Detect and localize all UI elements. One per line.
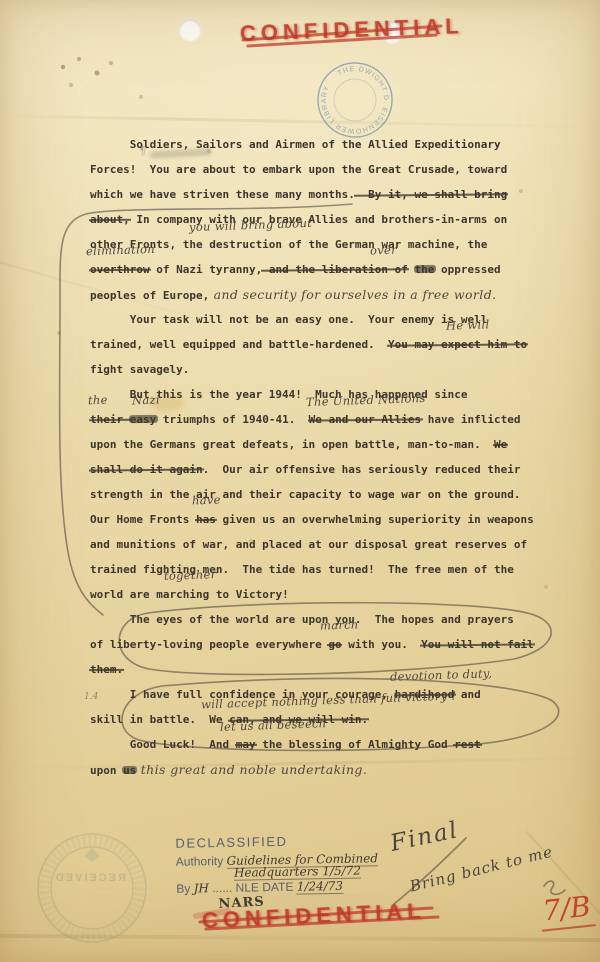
typed-text: the blessing of Almighty God [256,738,455,751]
typed-text: their the [90,413,130,426]
typed-text: upon the Germans great defeats, in open … [90,438,494,451]
typed-line: Good Luck! And maylet us all beseech the… [90,732,560,757]
typed-line: peoples of Europe, and security for ours… [90,282,560,307]
typed-text: trained fighting men. The tide has turne… [90,563,514,576]
handwritten-insert: over [370,238,398,264]
typed-text: with you. [342,638,421,651]
typed-line: which we have striven these many months.… [90,182,560,207]
typed-text: The eyes of the world are upon you. The … [90,613,514,626]
handwritten-insert: have [192,488,222,514]
typed-text: overthrowelimination [90,263,150,276]
nle-date-label: NLE DATE [235,880,293,895]
handwritten-insert: the [88,388,109,414]
date-value: 1/24/73 [297,879,344,895]
typed-text: shall do it again [90,463,203,476]
typed-text: Good Luck! And [90,738,236,751]
typed-text: By it, we shall bring [355,188,507,201]
typed-text: easyNazi [130,413,157,426]
declassified-stamp: DECLASSIFIED Authority Guidelines for Co… [175,832,378,912]
typed-text: and [454,688,481,701]
typed-text: of liberty-loving people everywhere [90,638,328,651]
typed-text: hashave [196,513,216,526]
typed-line: Soldiers, Sailors and Airmen of the Alli… [90,132,560,157]
handwritten-insert: Nazi [132,388,161,414]
typed-text: the destruction of the German war machin… [176,238,487,251]
dotted-line: ...... [212,881,232,895]
red-grading-mark: 7/B [538,889,595,931]
by-label: By [176,882,190,896]
typed-text: to Victory! [209,588,288,601]
typed-line: upon the Germans great defeats, in open … [90,432,560,457]
declassified-title: DECLASSIFIED [175,832,377,851]
typed-text: of Nazi tyranny, [150,263,263,276]
typed-text: Our Home Fronts [90,513,196,526]
typed-text: upon [90,764,123,777]
typed-text: rest [454,738,481,751]
margin-number-note: 1.4 [84,692,98,702]
typed-text: Forces! ¶ [90,163,150,176]
typed-text: the [415,263,435,276]
typed-line: trained, well equipped and battle-harden… [90,332,560,357]
final-handwritten-note: Final [388,817,461,857]
typed-text: which we have striven these many months. [90,188,355,201]
authority-label: Authority [176,854,224,869]
typed-text: have inflicted [421,413,520,426]
typed-text: triumphs of 1940-41. [156,413,308,426]
typed-text: Your task will not be an easy one. Your … [90,313,487,326]
typed-line: Our Home Fronts hashave given us an over… [90,507,560,532]
typed-text: strength in the air and their capacity t… [90,488,520,501]
handwritten-insert: march [320,612,359,638]
typed-line: world are marchingtogether to Victory! [90,582,560,607]
scanned-document-page: CONFIDENTIAL CONFIDENTIAL Soldiers, Sail… [0,0,600,962]
nars-label: NARS [218,894,265,911]
typed-text: and munitions of war, and placed at our … [90,538,527,551]
typed-line: shall do it again. Our air offensive has… [90,457,560,482]
typed-line: strength in the air and their capacity t… [90,482,560,507]
confidential-stamp-top: CONFIDENTIAL [240,13,465,47]
received-stamp: RECEIVED [38,834,146,942]
by-initials: JH [194,881,210,895]
received-stamp-text: RECEIVED [54,872,126,884]
typed-text: and the liberation ofover [262,263,408,276]
handwritten-insert: elimination [86,237,156,264]
typed-line: fight savagely. [90,357,560,382]
typed-text: In company with our brave Allies and bro… [130,213,508,226]
handwritten-insert: together [163,562,216,589]
typed-text: world are marchingtogether [90,588,209,601]
handwritten-insert: He will [446,312,490,339]
typed-text: You will not fail [421,638,534,651]
typed-text: Soldiers, Sailors and Airmen of the Alli… [90,138,501,151]
typed-text: us [123,764,136,777]
punch-hole [179,19,201,41]
typed-text: peoples of Europe, [90,289,209,302]
typed-text: them. [90,663,123,676]
stamp-emblem [84,848,100,862]
typed-line: Forces! ¶You are about to embark upon th… [90,157,560,182]
typed-line: about, In company with our brave Allies … [90,207,560,232]
handwritten-insert: you will bring about [188,211,312,240]
typed-text-block: Soldiers, Sailors and Airmen of the Alli… [90,132,560,782]
paper-crease [0,934,600,942]
handwritten-insert: let us all beseech [219,711,326,740]
typed-line: overthrowelimination of Nazi tyranny, an… [90,257,560,282]
typed-text: about, [90,213,130,226]
paper-crease [0,114,600,129]
typed-text: You may expect him toHe will [388,338,527,351]
typed-text: You are about to embark upon the Great C… [150,163,508,176]
typed-text: fight savagely. [90,363,189,376]
paper-specks [0,0,2,2]
typed-line: upon us this great and noble undertaking… [90,757,560,782]
typed-text: We and our AlliesThe United Nations [309,413,422,426]
typed-line: other Fronts, the destruction of the Ger… [90,232,560,257]
handwritten-insert: The United Nations [306,386,426,415]
typed-text: oppressed [434,263,500,276]
handwritten-edit: and security for ourselves in a free wor… [209,287,496,302]
typed-line: of liberty-loving people everywhere goma… [90,632,560,657]
typed-text: . Our air offensive has seriously reduce… [203,463,521,476]
bring-back-note: Bring back to me [408,843,555,896]
typed-line: their theeasyNazi triumphs of 1940-41. W… [90,407,560,432]
typed-line: trained fighting men. The tide has turne… [90,557,560,582]
typed-line: and munitions of war, and placed at our … [90,532,560,557]
typed-text: We [494,438,507,451]
typed-text: maylet us all beseech [236,738,256,751]
handwritten-insert: ¶ [138,138,146,163]
typed-text: gomarch [328,638,341,651]
typed-text: trained, well equipped and battle-harden… [90,338,388,351]
handwritten-edit: this great and noble undertaking. [136,762,367,777]
typed-text: given us an overwhelming superiority in … [216,513,534,526]
